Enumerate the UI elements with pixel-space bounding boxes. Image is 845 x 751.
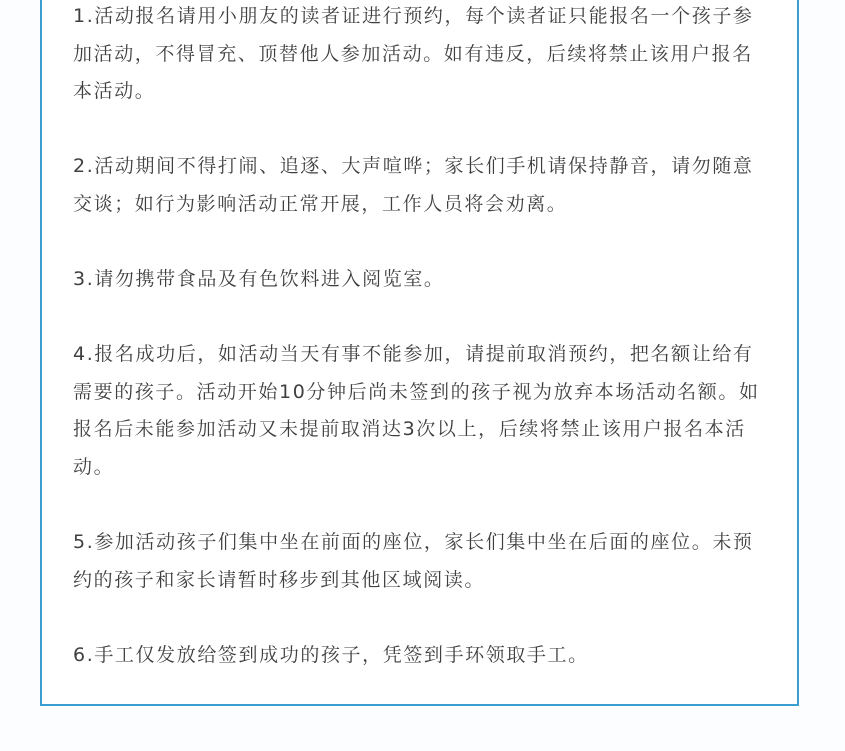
rule-6: 6.手工仅发放给签到成功的孩子，凭签到手环领取手工。: [73, 637, 773, 675]
activity-rules-box: 1.活动报名请用小朋友的读者证进行预约，每个读者证只能报名一个孩子参加活动，不得…: [40, 0, 799, 706]
rule-3: 3.请勿携带食品及有色饮料进入阅览室。: [73, 261, 773, 299]
rule-4: 4.报名成功后，如活动当天有事不能参加，请提前取消预约，把名额让给有需要的孩子。…: [73, 336, 773, 486]
rule-1: 1.活动报名请用小朋友的读者证进行预约，每个读者证只能报名一个孩子参加活动，不得…: [73, 0, 773, 111]
rule-2: 2.活动期间不得打闹、追逐、大声喧哗；家长们手机请保持静音，请勿随意交谈；如行为…: [73, 148, 773, 223]
rule-5: 5.参加活动孩子们集中坐在前面的座位，家长们集中坐在后面的座位。未预约的孩子和家…: [73, 524, 773, 599]
